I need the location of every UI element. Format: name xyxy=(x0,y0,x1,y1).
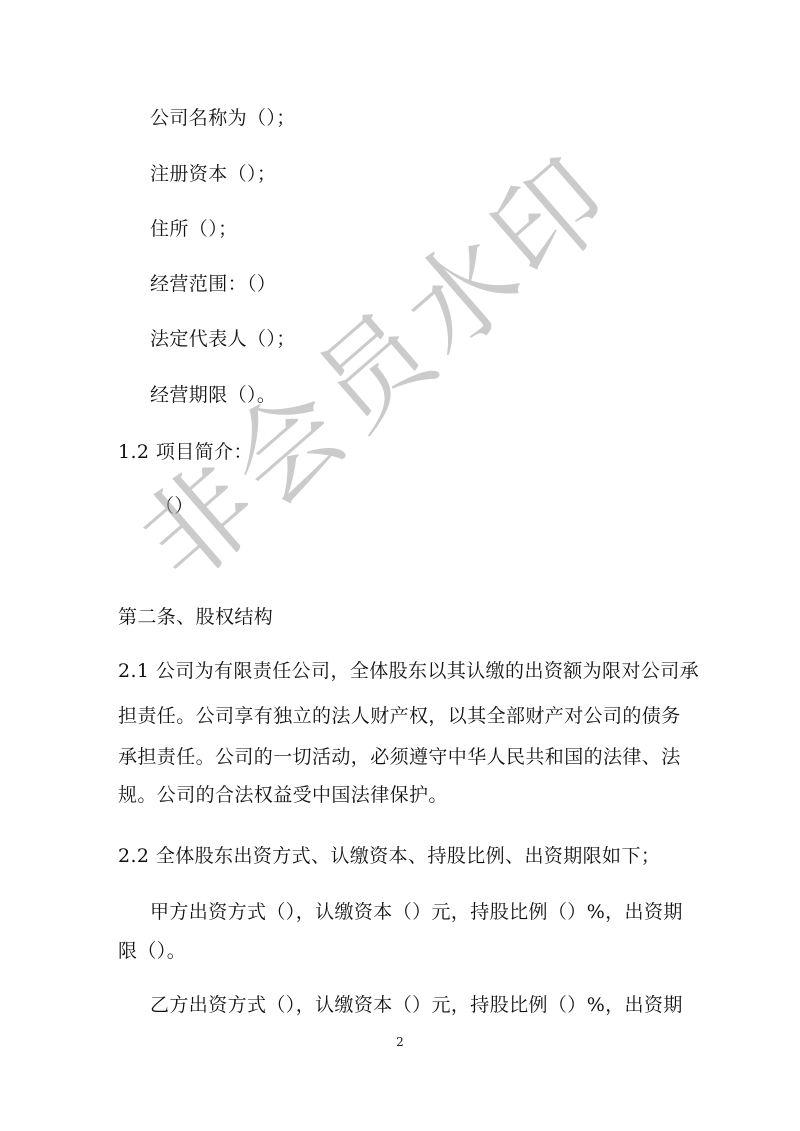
document-page: 公司名称为（）； 注册资本（）； 住所（）； 经营范围：（） 法定代表人（）； … xyxy=(0,0,800,1131)
section-1-2-heading: 1.2 项目简介： xyxy=(118,440,253,464)
clause-2-2-heading: 2.2 全体股东出资方式、认缴资本、持股比例、出资期限如下； xyxy=(118,844,660,868)
legal-representative-line: 法定代表人（）； xyxy=(150,327,296,351)
clause-2-1-line-1: 2.1 公司为有限责任公司，全体股东以其认缴的出资额为限对公司承 xyxy=(118,659,680,683)
section-1-2-content: （） xyxy=(155,494,194,518)
party-a-line-2: 限（）。 xyxy=(118,939,186,963)
registered-capital-line: 注册资本（）； xyxy=(150,162,276,186)
business-scope-line: 经营范围：（） xyxy=(150,272,276,296)
party-a-line-1: 甲方出资方式（），认缴资本（）元，持股比例（）%，出资期 xyxy=(150,900,680,924)
clause-2-1-line-3: 承担责任。公司的一切活动，必须遵守中华人民共和国的法律、法 xyxy=(118,745,680,769)
article-2-heading: 第二条、股权结构 xyxy=(118,605,273,629)
address-line: 住所（）； xyxy=(150,217,238,241)
clause-2-1-line-4: 规。公司的合法权益受中国法律保护。 xyxy=(118,783,448,807)
company-name-line: 公司名称为（）； xyxy=(150,106,296,130)
party-b-line-1: 乙方出资方式（），认缴资本（）元，持股比例（）%，出资期 xyxy=(150,993,680,1017)
watermark-text: 非会员水印 xyxy=(124,138,634,602)
clause-2-1-line-2: 担责任。公司享有独立的法人财产权，以其全部财产对公司的债务 xyxy=(118,704,680,728)
page-number: 2 xyxy=(390,1034,410,1050)
business-term-line: 经营期限（）。 xyxy=(150,383,276,407)
